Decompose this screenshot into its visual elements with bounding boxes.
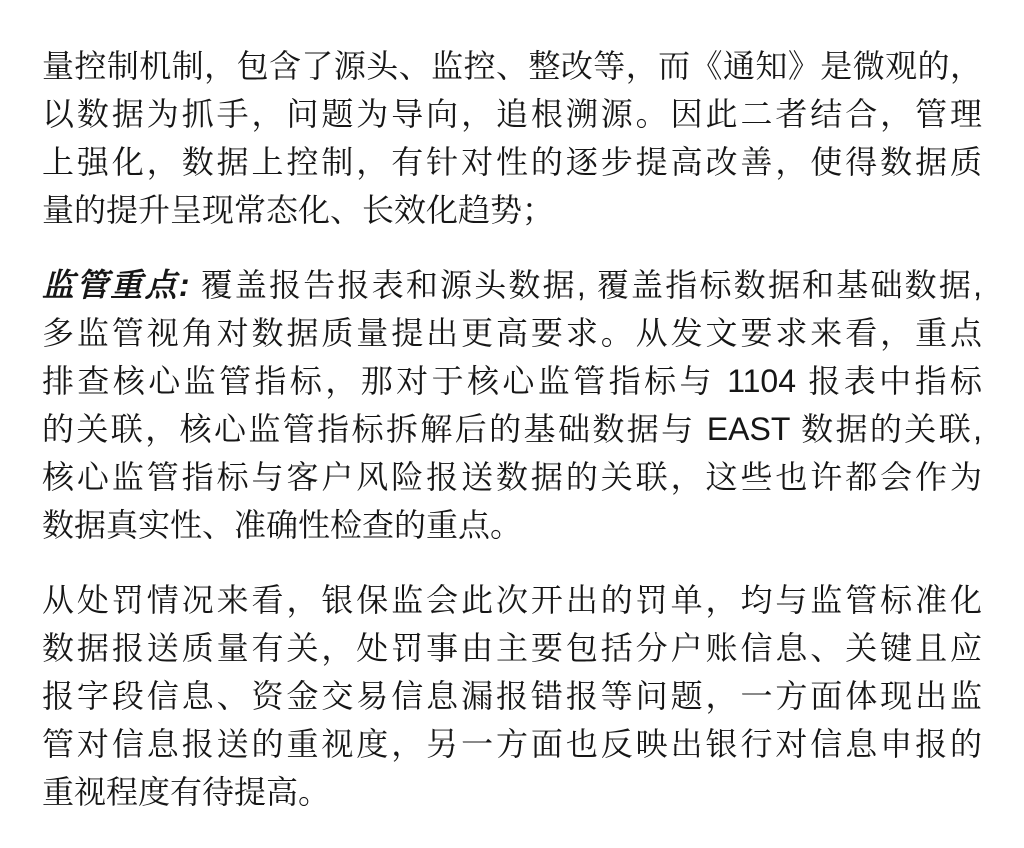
text-line: 量的提升呈现常态化、长效化趋势； [42, 186, 982, 234]
text-line: 数据真实性、准确性检查的重点。 [42, 501, 982, 549]
paragraph-quality-control: 量控制机制，包含了源头、监控、整改等，而《通知》是微观的， 以数据为抓手，问题为… [42, 42, 982, 234]
text-line: 核心监管指标与客户风险报送数据的关联，这些也许都会作为 [42, 453, 982, 501]
text-segment: 覆盖报告报表和源头数据, 覆盖指标数据和基础数据, [189, 267, 982, 303]
paragraph-penalty-situation: 从处罚情况来看，银保监会此次开出的罚单，均与监管标准化 数据报送质量有关，处罚事… [42, 576, 982, 816]
paragraph-regulatory-focus: 监管重点: 覆盖报告报表和源头数据, 覆盖指标数据和基础数据, 多监管视角对数据… [42, 261, 982, 549]
text-line: 以数据为抓手，问题为导向，追根溯源。因此二者结合，管理 [42, 90, 982, 138]
text-line: 监管重点: 覆盖报告报表和源头数据, 覆盖指标数据和基础数据, [42, 261, 982, 309]
text-line: 量控制机制，包含了源头、监控、整改等，而《通知》是微观的， [42, 42, 982, 90]
text-line: 报字段信息、资金交易信息漏报错报等问题，一方面体现出监 [42, 672, 982, 720]
bold-italic-lead: 监管重点: [42, 267, 189, 303]
text-line: 重视程度有待提高。 [42, 768, 982, 816]
text-line: 从处罚情况来看，银保监会此次开出的罚单，均与监管标准化 [42, 576, 982, 624]
text-line: 上强化，数据上控制，有针对性的逐步提高改善，使得数据质 [42, 138, 982, 186]
text-line: 多监管视角对数据质量提出更高要求。从发文要求来看，重点 [42, 309, 982, 357]
text-line: 数据报送质量有关，处罚事由主要包括分户账信息、关键且应 [42, 624, 982, 672]
text-line: 管对信息报送的重视度，另一方面也反映出银行对信息申报的 [42, 720, 982, 768]
text-line: 的关联，核心监管指标拆解后的基础数据与 EAST 数据的关联, [42, 405, 982, 453]
document-page: 量控制机制，包含了源头、监控、整改等，而《通知》是微观的， 以数据为抓手，问题为… [0, 0, 1024, 816]
text-line: 排查核心监管指标，那对于核心监管指标与 1104 报表中指标 [42, 357, 982, 405]
